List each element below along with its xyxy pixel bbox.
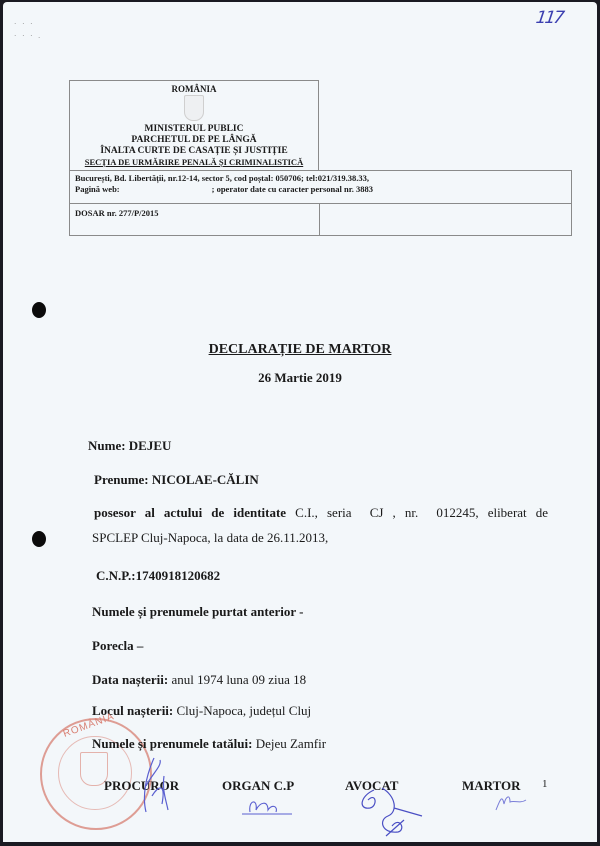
- field-act-line2: SPCLEP Cluj-Napoca, la data de 26.11.201…: [92, 530, 328, 546]
- field-tatal: Numele și prenumele tatălui: Dejeu Zamfi…: [92, 736, 326, 752]
- field-cnp: C.N.P.:1740918120682: [96, 568, 220, 584]
- web-line: Pagină web:; operator date cu caracter p…: [75, 184, 571, 195]
- header-section: SECȚIA DE URMĂRIRE PENALĂ ȘI CRIMINALIST…: [70, 157, 318, 168]
- value: C.I.,: [295, 505, 318, 520]
- field-locul-nasterii: Locul nașterii: Cluj-Napoca, județul Clu…: [92, 703, 311, 719]
- header-line: PARCHETUL DE PE LÂNGĂ: [70, 135, 318, 146]
- web-label: Pagină web:: [75, 184, 120, 194]
- romania-coat-of-arms-icon: [184, 95, 204, 121]
- dosar-empty-cell: [319, 204, 572, 236]
- value: anul 1974 luna 09 ziua 18: [171, 672, 306, 687]
- label: C.N.P.:: [96, 568, 136, 583]
- country-name: ROMÂNIA: [70, 84, 318, 94]
- institution-header: ROMÂNIA MINISTERUL PUBLIC PARCHETUL DE P…: [69, 80, 319, 171]
- field-data-nasterii: Data nașterii: anul 1974 luna 09 ziua 18: [92, 672, 306, 688]
- field-nume: Nume: DEJEU: [88, 438, 171, 454]
- organ-signature-icon: [238, 794, 298, 820]
- scan-mark: · · · .: [14, 30, 42, 42]
- header-line: MINISTERUL PUBLIC: [70, 124, 318, 135]
- value: NICOLAE-CĂLIN: [152, 472, 259, 487]
- value: CJ: [370, 505, 384, 520]
- operator-text: ; operator date cu caracter personal nr.…: [212, 184, 373, 194]
- field-act-identitate: posesor al actului de identitate C.I., s…: [94, 505, 548, 521]
- martor-signature-icon: [492, 790, 532, 814]
- field-nume-anterior: Numele și prenumele purtat anterior -: [92, 604, 303, 620]
- label: Prenume:: [94, 472, 149, 487]
- address-block: București, Bd. Libertății, nr.12-14, sec…: [69, 170, 572, 204]
- label: Data nașterii:: [92, 672, 168, 687]
- handwritten-page-number: 117: [535, 8, 564, 28]
- document-date: 26 Martie 2019: [0, 370, 600, 386]
- dosar-number: DOSAR nr. 277/P/2015: [69, 204, 320, 236]
- label: Numele și prenumele tatălui:: [92, 736, 252, 751]
- procuror-signature-icon: [132, 756, 182, 816]
- value: DEJEU: [129, 438, 172, 453]
- scan-marks: · · · · · · .: [14, 18, 42, 42]
- value: 1740918120682: [136, 568, 221, 583]
- address-line: București, Bd. Libertății, nr.12-14, sec…: [75, 173, 571, 184]
- label: eliberat de: [488, 505, 548, 520]
- signature-label-organ: ORGAN C.P: [222, 778, 294, 794]
- punch-hole-icon: [32, 531, 46, 547]
- document-title: DECLARAȚIE DE MARTOR: [0, 342, 600, 358]
- title-text: DECLARAȚIE DE MARTOR: [209, 342, 392, 357]
- label: seria: [327, 505, 352, 520]
- label: , nr.: [393, 505, 419, 520]
- avocat-signature-icon: [352, 786, 432, 842]
- value: 012245,: [436, 505, 478, 520]
- page-number: 1: [542, 778, 548, 790]
- value: Dejeu Zamfir: [256, 736, 326, 751]
- scan-mark: · · ·: [14, 18, 42, 30]
- value: Cluj-Napoca, județul Cluj: [177, 703, 312, 718]
- label: Nume:: [88, 438, 126, 453]
- punch-hole-icon: [32, 302, 46, 318]
- label: Porecla –: [92, 638, 143, 653]
- label: Numele și prenumele purtat anterior -: [92, 604, 303, 619]
- label: posesor al actului de identitate: [94, 505, 286, 520]
- field-prenume: Prenume: NICOLAE-CĂLIN: [94, 472, 259, 488]
- header-line: ÎNALTA CURTE DE CASAȚIE ȘI JUSTIȚIE: [70, 146, 318, 157]
- field-porecla: Porecla –: [92, 638, 143, 654]
